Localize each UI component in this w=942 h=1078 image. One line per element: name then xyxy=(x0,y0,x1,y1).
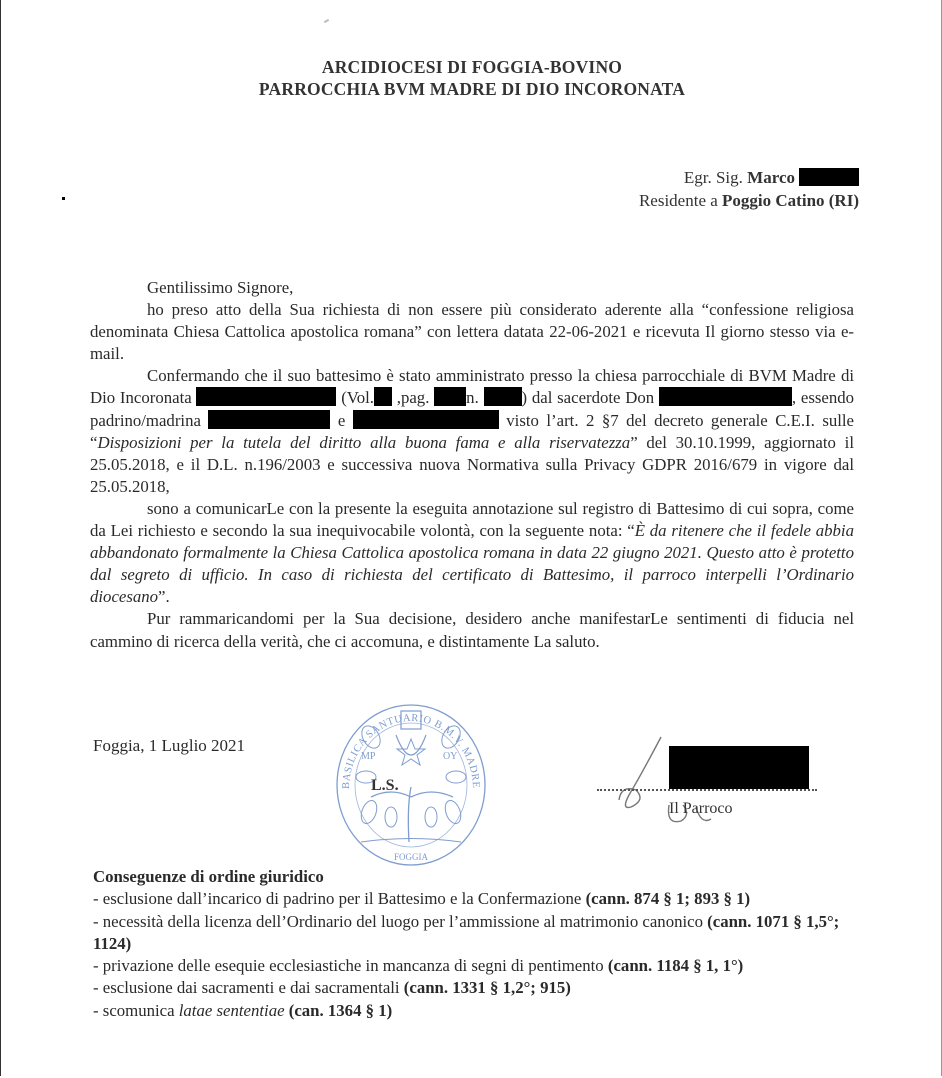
item-ref: (cann. 1331 § 1,2°; 915) xyxy=(404,978,571,997)
item-text: - esclusione dai sacramenti e dai sacram… xyxy=(93,978,404,997)
p2-text: (Vol. xyxy=(336,388,374,407)
redacted-field xyxy=(353,410,499,429)
signature-line xyxy=(597,789,817,791)
redacted-field xyxy=(484,387,522,406)
item-ref: (cann. 1184 § 1, 1°) xyxy=(608,956,743,975)
paragraph-2: Confermando che il suo battesimo è stato… xyxy=(90,365,854,498)
date-place: Foggia, 1 Luglio 2021 xyxy=(93,736,245,756)
greeting: Gentilissimo Signore, xyxy=(90,277,854,299)
letterhead: ARCIDIOCESI DI FOGGIA-BOVINO PARROCCHIA … xyxy=(1,56,942,100)
paragraph-1: ho preso atto della Sua richiesta di non… xyxy=(90,299,854,365)
locus-sigilli-label: L.S. xyxy=(371,777,399,795)
paragraph-3: sono a comunicarLe con la presente la es… xyxy=(90,498,854,608)
consequence-item: - scomunica latae sententiae (can. 1364 … xyxy=(93,1000,853,1022)
redacted-field xyxy=(208,410,330,429)
svg-text:MP: MP xyxy=(361,751,376,762)
consequence-item: - esclusione dai sacramenti e dai sacram… xyxy=(93,977,853,999)
p2-text: ) dal sacerdote Don xyxy=(522,388,659,407)
consequence-item: - necessità della licenza dell’Ordinario… xyxy=(93,911,853,956)
redacted-surname xyxy=(799,168,859,186)
legal-consequences: Conseguenze di ordine giuridico - esclus… xyxy=(93,866,853,1022)
p2-text: ,pag. xyxy=(392,388,434,407)
consequence-item: - privazione delle esequie ecclesiastich… xyxy=(93,955,853,977)
p3-text: ”. xyxy=(158,587,170,606)
consequence-item: - esclusione dall’incarico di padrino pe… xyxy=(93,888,853,910)
item-text: - esclusione dall’incarico di padrino pe… xyxy=(93,889,586,908)
document-page: ARCIDIOCESI DI FOGGIA-BOVINO PARROCCHIA … xyxy=(0,0,942,1076)
parish-name: PARROCCHIA BVM MADRE DI DIO INCORONATA xyxy=(1,78,942,100)
redacted-field xyxy=(659,387,792,406)
redacted-field xyxy=(434,387,466,406)
paragraph-4: Pur rammaricandomi per la Sua decisione,… xyxy=(90,608,854,652)
salutation-prefix: Egr. Sig. xyxy=(684,168,747,187)
item-text: - privazione delle esequie ecclesiastich… xyxy=(93,956,608,975)
redacted-field xyxy=(196,387,336,406)
archdiocese-name: ARCIDIOCESI DI FOGGIA-BOVINO xyxy=(1,56,942,78)
svg-text:FOGGIA: FOGGIA xyxy=(394,852,429,862)
item-text: - necessità della licenza dell’Ordinario… xyxy=(93,912,707,931)
item-ref: (cann. 874 § 1; 893 § 1) xyxy=(586,889,751,908)
letter-body: Gentilissimo Signore, ho preso atto dell… xyxy=(90,277,854,653)
recipient-address: Egr. Sig. Marco Residente a Poggio Catin… xyxy=(639,166,859,212)
item-ref: (can. 1364 § 1) xyxy=(285,1001,393,1020)
signatory-role: Il Parroco xyxy=(669,800,733,818)
residence-place: Poggio Catino (RI) xyxy=(722,191,859,210)
p2-text: e xyxy=(330,411,352,430)
recipient-first-name: Marco xyxy=(747,168,795,187)
bullet-mark xyxy=(62,197,65,200)
residence-prefix: Residente a xyxy=(639,191,722,210)
svg-text:OY: OY xyxy=(443,751,457,762)
p2-text: n. xyxy=(466,388,483,407)
item-text: - scomunica xyxy=(93,1001,179,1020)
p2-italic: Disposizioni per la tutela del diritto a… xyxy=(97,433,630,452)
scan-artifact xyxy=(324,19,329,23)
redacted-signature-name xyxy=(669,746,809,789)
redacted-field xyxy=(374,387,392,406)
item-italic: latae sententiae xyxy=(179,1001,285,1020)
parish-seal-icon: BASILICA SANTUARIO B.M.V. MADRE DI DIO I… xyxy=(331,697,491,869)
consequences-title: Conseguenze di ordine giuridico xyxy=(93,866,853,888)
